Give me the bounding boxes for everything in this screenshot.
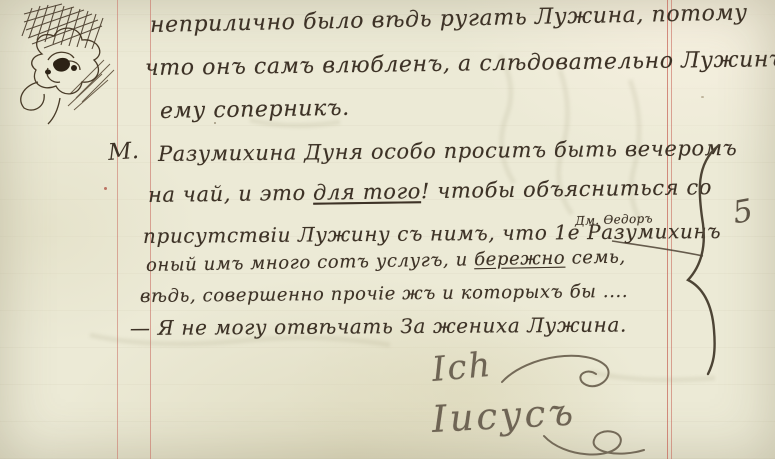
- manuscript-line-9: — Я не могу отвѣчать За жениха Лужина.: [130, 313, 627, 340]
- manuscript-line-6: присутствіи Лужину съ нимъ, что 1е Разум…: [143, 219, 721, 248]
- paper-speck: [214, 122, 216, 124]
- calligraphy-word-1: Ich: [430, 345, 494, 390]
- line-5-prefix: на чай, и это: [148, 181, 313, 207]
- manuscript-line-3: ему соперникъ.: [160, 96, 350, 124]
- calligraphy-flourish-2: [540, 424, 650, 459]
- line-5-underlined: для того: [313, 179, 421, 205]
- line-7-suffix: семь,: [565, 247, 626, 269]
- manuscript-page: неприлично было вѣдь ругать Лужина, пото…: [0, 0, 775, 459]
- line-7-underlined: бережно: [474, 248, 566, 271]
- paper-speck: [104, 187, 107, 190]
- grouping-brace: [682, 140, 730, 380]
- line-5-suffix: ! чтобы объясниться со: [421, 175, 712, 203]
- margin-note: М.: [107, 138, 140, 166]
- paper-speck: [701, 96, 704, 98]
